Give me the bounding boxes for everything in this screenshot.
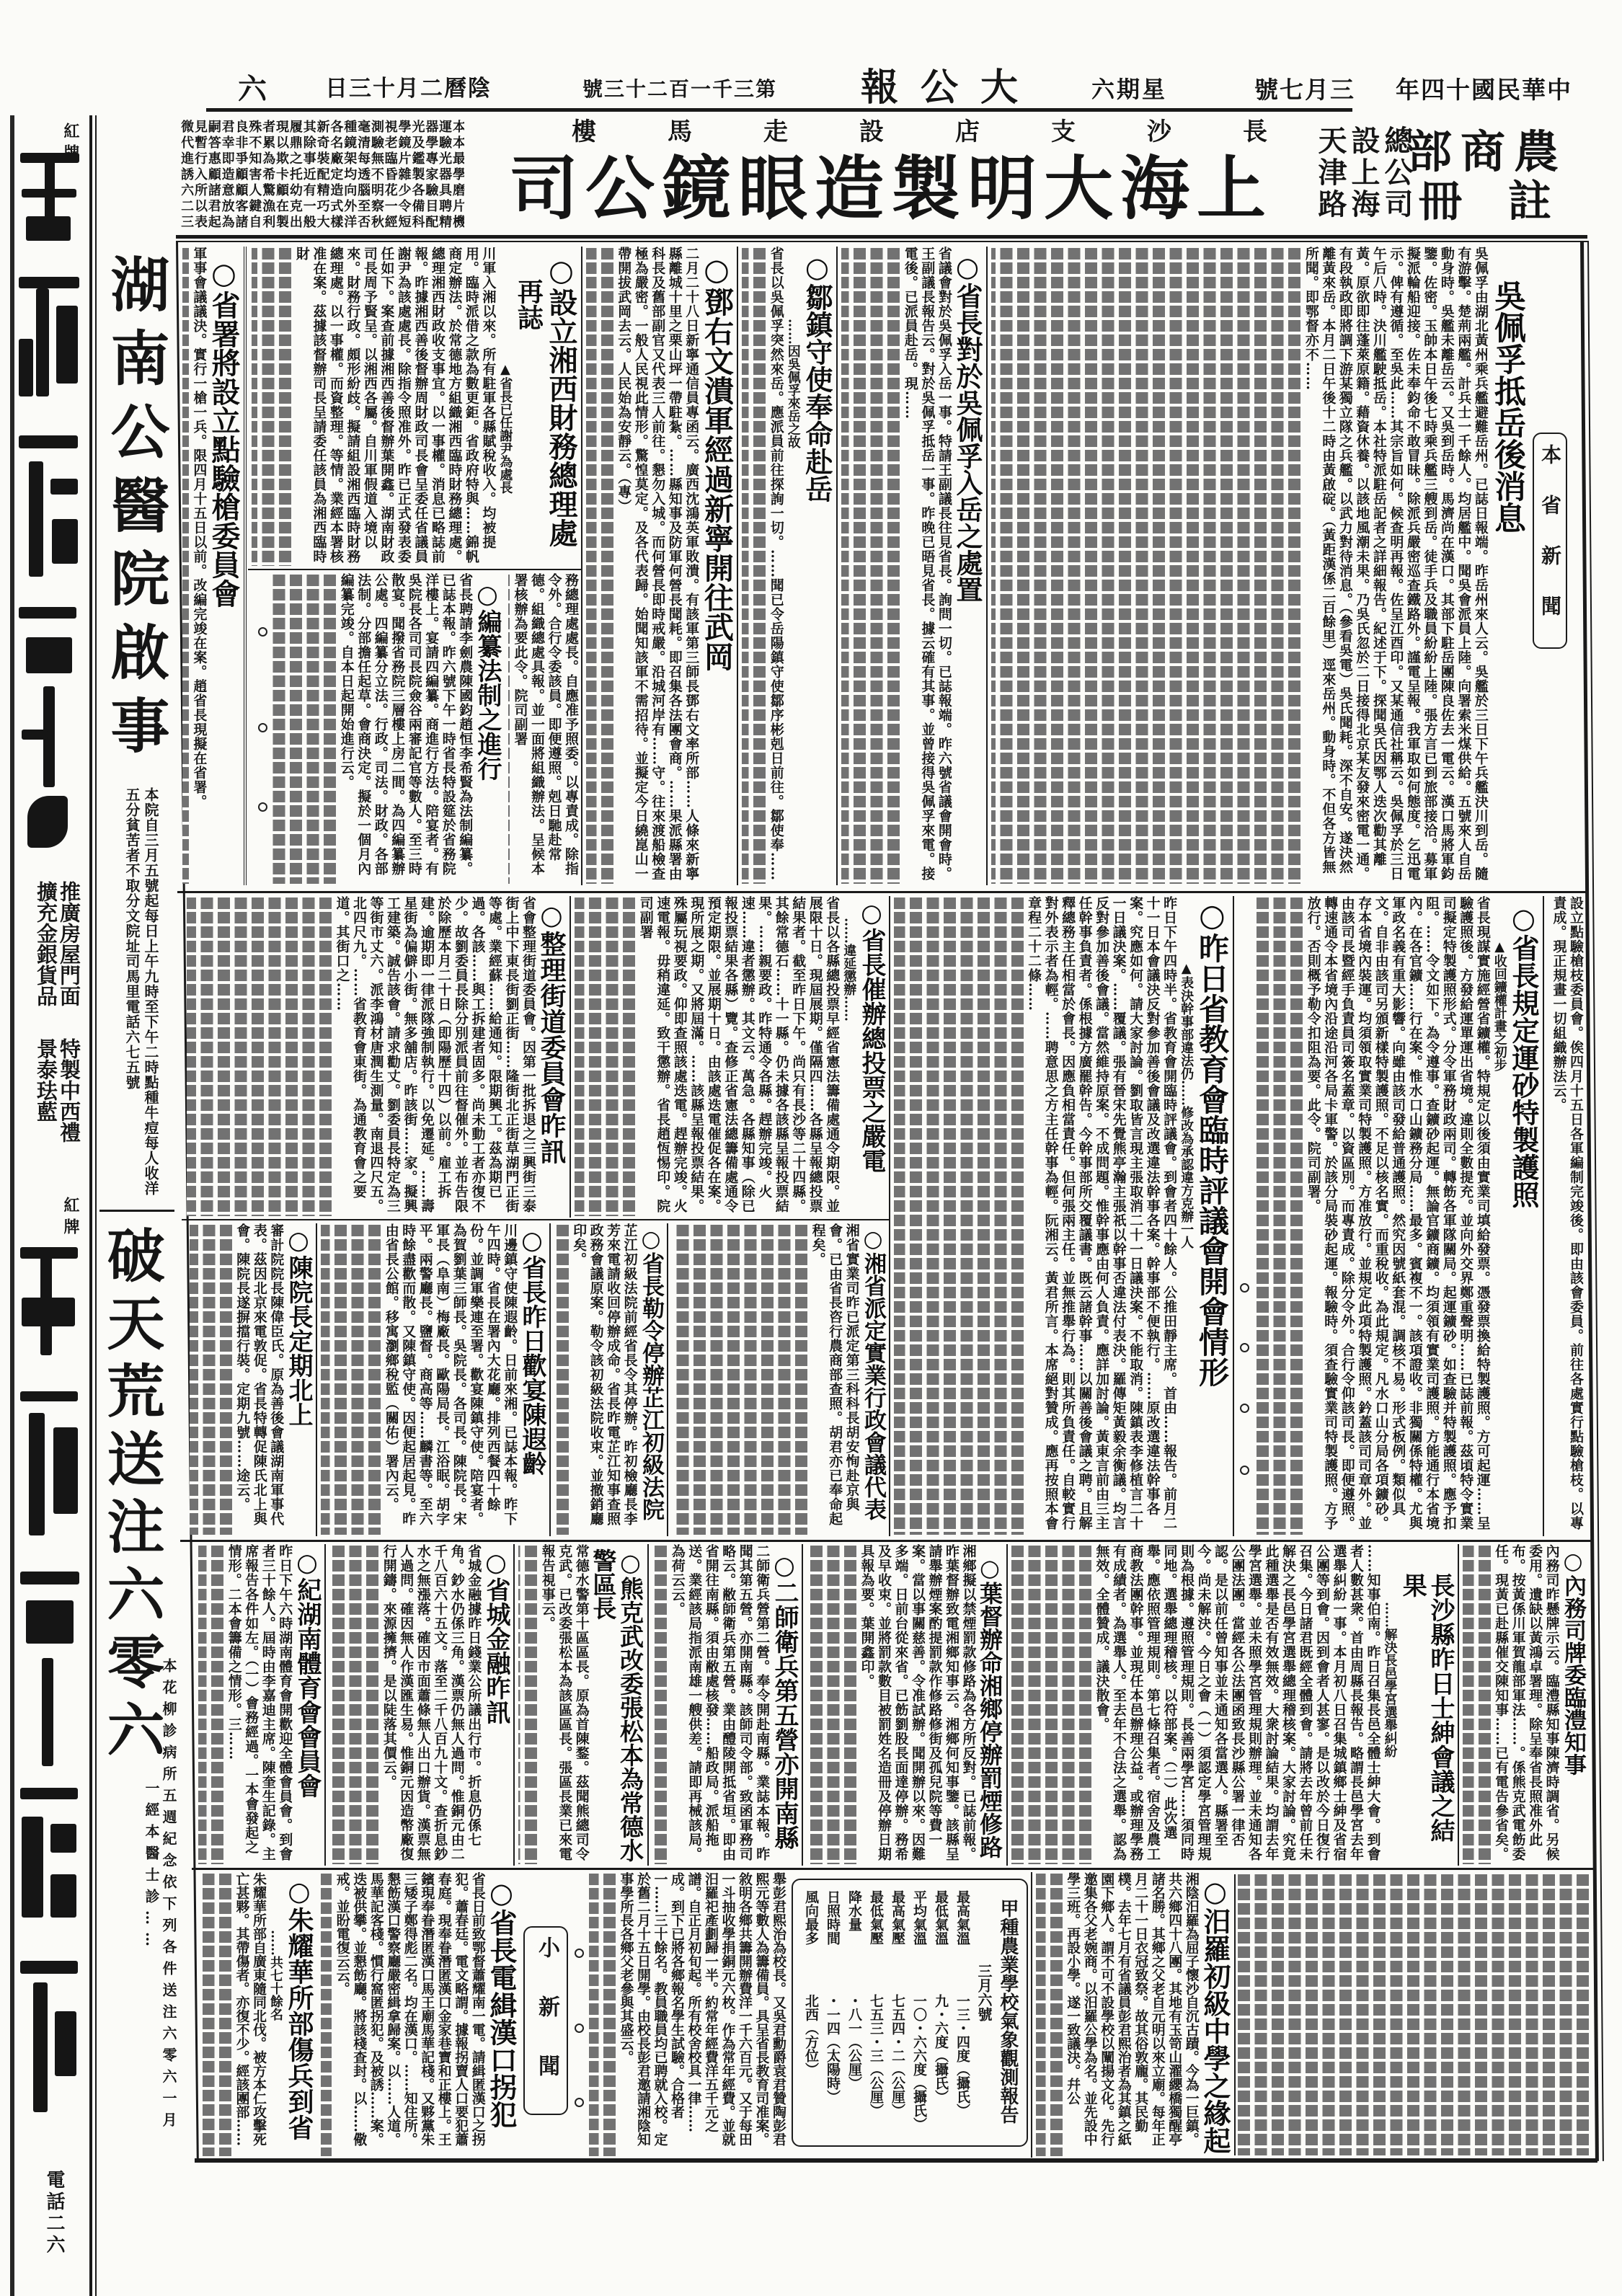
- article-sports-association: ○紀湖南體育會會員會 昨日下午六時湖南體育會開歡迎全體會員會。到會者三十餘人。屆…: [195, 1544, 324, 1866]
- article-body: 省會整理街道委員會。因第一批拆退之三興街三泰街上中下東長街劉正街……隆街北正街草…: [333, 896, 536, 1218]
- weather-label: 最高氣溫: [954, 1890, 970, 1945]
- circle-marker-icon: ○: [699, 252, 734, 287]
- title-text: 鄧右文潰軍經過新寧開往武岡: [699, 287, 734, 671]
- weather-row: 最低氣壓七五三・三（公厘）: [865, 1886, 887, 2140]
- left-ad-divider: [99, 1210, 174, 1212]
- cut-off-ad-glyph: [55, 2011, 76, 2076]
- article-body: 昨日下午六時湖南體育會開歡迎全體會員會。到會者三十餘人。屆時由李嘉迪主席。陳奎生…: [225, 1544, 293, 1866]
- circle-marker-icon: ○: [616, 1548, 644, 1577]
- untranscribed-text-texture: [203, 1874, 231, 2156]
- end-marks: [254, 573, 269, 885]
- article-body: 吳佩孚由湖北黃州乘兵艦避難岳州。已誌日報端。昨岳州來人云。吳艦於三日下午兵艦決川…: [1302, 247, 1489, 885]
- republic-year: 中華民國十四年: [1396, 78, 1572, 102]
- section-label: 本省新聞: [1538, 444, 1562, 646]
- jeweler-line: 推廣房屋門面: [58, 881, 81, 1006]
- circle-marker-icon: ○: [482, 1548, 510, 1577]
- circle-marker-icon: ○: [1199, 1875, 1231, 1907]
- article-education-association-meeting: ○昨日省教育會臨時評議會開會情形 ▲表決幹事部違法仍……修改為承認違方克辦一人 …: [889, 896, 1233, 1536]
- article-rifle-inspection-committee-continued: 設立點驗槍枝委員會。俟四月十五日各軍編制完竣後。即由該會委員。前往各處實行點驗槍…: [1543, 896, 1586, 1536]
- article-body: 設立點驗槍枝委員會。俟四月十五日各軍編制完竣後。即由該會委員。前往各處實行點驗槍…: [1550, 896, 1584, 1536]
- cut-off-ad-glyph: [52, 519, 78, 564]
- article-body: 二師衛兵營第二營。奉令開赴南縣。業誌本報。昨聞其第五營。亦開南縣。該師司令部。致…: [668, 1544, 770, 1866]
- head-office-address: 總公司設上海天津路: [1313, 125, 1413, 223]
- weather-label: 平均氣溫: [911, 1890, 927, 1945]
- article-title: ○省長對於吳佩孚入岳之處置: [952, 247, 984, 885]
- untranscribed-text-texture: [1011, 1546, 1091, 1864]
- weather-value: 七五四・二（公厘）: [890, 1994, 905, 2117]
- cut-off-ad-glyph: [27, 796, 68, 848]
- article-chen-heads-north: ○陳院長定期北上 審計院院長陳偉臣氏。原為善後會議湖南軍事代表。茲因北京來電敦促…: [186, 1223, 316, 1536]
- weather-row: 降水量・八一（公厘）: [843, 1886, 865, 2140]
- untranscribed-text-texture: [321, 1874, 332, 2156]
- circle-marker-icon: ○: [518, 1226, 546, 1255]
- article-title: ○設立湘西財務總理處: [544, 247, 579, 567]
- article-title: ○省長催辦總投票之嚴電: [857, 896, 887, 1218]
- untranscribed-text-texture: [586, 248, 613, 884]
- untranscribed-text-texture: [554, 1225, 569, 1535]
- cut-off-ad-glyph: [26, 637, 72, 673]
- section-label-box: 本省新聞: [1533, 433, 1567, 649]
- banner-bottom-rule-thin: [176, 241, 1587, 242]
- circle-marker-icon: ○: [857, 899, 886, 928]
- article-body: 務總理處處長。自應准予照委。以專責成。除指令外。合行令委該員。即便遵照。剋日馳赴…: [511, 573, 579, 885]
- article-ore-transport-permits: ○省長規定運砂特製護照 ▲收回鑛權計畫之初步 省長現謀實施經營省鑛權。特規定以後…: [1233, 896, 1543, 1536]
- page-number: 六: [238, 75, 267, 104]
- jeweler-phone: 電話二六: [43, 2170, 68, 2256]
- article-miluo-middle-school-continued: 舉彭君熙治為校長。又吳君勳爵袁君贊陶彭君熙元等數人為籌備員。具呈省長教育司准案。…: [585, 1872, 789, 2158]
- article-sports-association-continued-texture: [1234, 1874, 1589, 2155]
- jeweler-brand-label: 紅牌: [62, 1197, 82, 1240]
- registration-ministry: 農商部: [1407, 130, 1567, 174]
- small-news-label: 小新聞: [534, 1936, 559, 2114]
- paper-name: 大公報: [861, 69, 1040, 107]
- article-hankou-kidnappers: ○省長電緝漢口拐犯 省長日前致鄂督蕭耀南一電。請緝匿漢口之拐犯。蕭春廷。電文略謂…: [317, 1872, 520, 2158]
- circle-marker-icon: ○: [1195, 897, 1230, 933]
- cut-off-ad-glyph: [19, 435, 78, 448]
- article-referendum-urgent-telegram: ○省長催辦總投票之嚴電 ……違延懲辦…… 省長以各縣總投票早經省憲法籌備處通令期…: [570, 896, 889, 1218]
- article-xiangxi-finance-office: ○設立湘西財務總理處 再誌 ▲省長已任謝尹為處長 川軍入湘以來。所有駐軍各縣賦稅…: [248, 247, 581, 567]
- article-changsha-gentry-meeting: 長沙縣昨日士紳會議之結果 ……解決長邑學宮選舉糾紛 ……知事伯南。昨日召集長邑全…: [1006, 1544, 1458, 1866]
- article-body: 朱耀華所部自廣東隨同北伐。被方本仁攻擊死亡甚夥。其帶傷者。亦復不少。經該團部……: [233, 1872, 267, 2158]
- article-legal-codification: ○編纂法制之進行 省長聘請李劍農陳國鈞趙恒李希賢為法制編纂。已誌本報。昨六號下午…: [252, 573, 505, 885]
- cut-off-ad-glyph: [29, 461, 43, 577]
- circle-marker-icon: ○: [1560, 1548, 1586, 1574]
- tier-divider-2: [180, 1540, 1592, 1542]
- circle-marker-icon: ○: [544, 254, 578, 288]
- circle-marker-icon: ○: [485, 1876, 518, 1909]
- title-text: 省長昨日歡宴陳遐齡: [518, 1255, 546, 1476]
- article-body: 軍事會議議決。實行一槍一兵。限四月十五日以前。改編完竣在案。趙省長現擬在省署。: [190, 247, 208, 885]
- cut-off-ad-glyph: [36, 288, 49, 396]
- title-text: 省長電緝漢口拐犯: [485, 1909, 518, 2128]
- cut-off-ad-glyph: [19, 607, 76, 619]
- article-body: 湘省實業司昨已派定第三科科長胡安恂赴京與會。已由省長咨行農商部查照。胡君亦已奉命…: [809, 1223, 860, 1536]
- title-text: 昨日省教育會臨時評議會開會情形: [1195, 933, 1230, 1387]
- weather-label: 最低氣壓: [868, 1890, 884, 1945]
- cut-off-ad-glyph: [22, 1298, 75, 1326]
- cut-off-ad-glyph: [20, 1391, 78, 1401]
- article-body: 川軍入湘以來。所有駐軍各縣賦稅收入。均被提用。臨時派借之款為數更鉅。省政府特與……: [293, 247, 496, 567]
- article-body: 二月二十八日新寧通信員專函云。廣西沈鴻英軍敗潰。有該軍第三師長鄧右文率所部……人…: [615, 247, 700, 885]
- article-body: 省長以吳佩孚突然來岳。應派員前往探詢一切。……聞已令岳陽鎮守使鄒序彬剋日前往。鄒…: [767, 247, 784, 885]
- hospital-ad-line: 五分貧苦者不取分文院址司馬里電話六七五號: [123, 787, 141, 1205]
- article-title-followup: 再誌: [513, 247, 544, 567]
- cut-off-ad-glyph: [50, 479, 78, 495]
- weather-value: ・八一（公厘）: [846, 1994, 862, 2090]
- jeweler-line: 景泰珐藍: [35, 1038, 58, 1122]
- end-mark-icon: [575, 1949, 584, 1958]
- circle-marker-icon: ○: [473, 580, 502, 609]
- subtier-divider-1: [248, 569, 581, 570]
- title-text: 省署將設立點驗槍委員會: [207, 291, 241, 608]
- newspaper-page: 六 陰曆二月十三日 第三千一百二十三號 大公報 星期六 三月七號 中華民國十四年…: [0, 0, 1622, 2296]
- untranscribed-text-texture: [182, 248, 189, 884]
- end-mark-icon: [575, 2024, 584, 2033]
- article-changde-water-police: ○熊克武改委張松本為常德水警區長 常德水警第十區區長。原為首陳鍪。茲聞熊總司令克…: [513, 1544, 647, 1866]
- title-text: 朱耀華所部傷兵到省: [284, 1907, 314, 2140]
- lunar-date: 陰曆二月十三日: [325, 78, 492, 100]
- weather-row: 風向最多北西（方位）: [800, 1886, 822, 2140]
- article-body: 湘陰汨羅為屈子懷沙自沉古蹟。今為一巨鎮。共六鄉四十八團。其地有玉笥山濯纓橋獨醒亭…: [1064, 1872, 1200, 2158]
- article-subtitle: ▲表決幹事部違法仍……修改為承認違方克辦一人: [1177, 896, 1195, 1536]
- weather-report-box: 甲種農業學校氣象觀測報告 三月六號 最高氣溫一三・四度（攝氏） 最低氣溫九・六度…: [792, 1879, 1028, 2147]
- clinic-ad-line: 一經本醫士診……: [143, 1658, 160, 2155]
- end-mark-icon: [1240, 1343, 1249, 1352]
- article-subtitle: ▲收回鑛權計畫之初步: [1491, 896, 1508, 1536]
- end-mark-icon: [258, 802, 267, 812]
- untranscribed-text-texture: [198, 1546, 223, 1864]
- title-text: 長沙縣昨日士紳會議之結果: [1398, 1573, 1455, 1843]
- cut-off-ad-glyph: [26, 1600, 74, 1644]
- page-bottom-rule: [195, 2158, 1597, 2163]
- circle-marker-icon: ○: [860, 1226, 886, 1252]
- circle-marker-icon: ○: [770, 1551, 799, 1580]
- circle-marker-icon: ○: [284, 1226, 313, 1255]
- small-news-label-box: 小新聞: [523, 1926, 568, 2115]
- article-title: ○昨日省教育會臨時評議會開會情形: [1195, 896, 1231, 1536]
- title-text: 內務司牌委臨澧知事: [1560, 1574, 1586, 1776]
- article-street-committee: ○整理街道委員會昨訊 省會整理街道委員會。因第一批拆退之三興街三泰街上中下東長街…: [183, 896, 570, 1218]
- weekday: 星期六: [1091, 78, 1167, 101]
- end-mark-icon: [575, 2098, 584, 2107]
- article-body: 芷江初級法院前經省長令其停辦。昨初檢廳長李芳來電請收回停辦成命。省長昨電芷江知事…: [570, 1223, 638, 1536]
- cut-off-ad-glyph: [53, 1427, 78, 1514]
- circle-marker-icon: ○: [976, 1554, 1003, 1582]
- weather-report-date: 三月六號: [973, 1886, 995, 2140]
- cut-off-ad-glyph: [20, 1572, 79, 1584]
- untranscribed-text-texture: [270, 575, 336, 884]
- untranscribed-text-texture: [518, 1546, 537, 1864]
- untranscribed-text-texture: [742, 248, 766, 884]
- circle-marker-icon: ○: [952, 251, 983, 283]
- untranscribed-text-texture: [187, 897, 332, 1216]
- article-body: 省城金融據昨日錢業公所議出行市。折息仍係七角。鈔水仍係三角。漢票仍無人過問。惟銅…: [380, 1544, 482, 1866]
- title-text: 省長對於吳佩孚入岳之處置: [952, 283, 983, 603]
- circle-marker-icon: ○: [207, 257, 241, 291]
- untranscribed-text-texture: [321, 1225, 381, 1535]
- ad-copy-text: 本本最學磨片機運驗光器具聘精器學專家驗目配光及鑑製各備科學鏡片雜少令短視老臨昏花…: [179, 120, 464, 232]
- article-title: ○汨羅初級中學之緣起: [1200, 1872, 1232, 2158]
- article-body: 省長現謀實施經營省鑛權。特規定以後須由實業司填給發票。憑發票換給特製護照。方可起…: [1304, 896, 1491, 1536]
- untranscribed-text-texture: [1463, 1546, 1491, 1864]
- article-body: 常德水警第十區區長。原為首陳鍪。茲聞熊總司令克武。已改委張松本為該區區長。張區長…: [539, 1544, 590, 1866]
- title-text: 吳佩孚抵岳後消息: [1489, 280, 1525, 533]
- title-text: 葉督辦命湘鄉停辦罰煙修路: [976, 1582, 1003, 1858]
- article-body: 省長以各縣總投票早經省憲法籌備處通令期限。並展限十日。現屆展期。僅隔四……各縣呈…: [637, 896, 840, 1218]
- circle-marker-icon: ○: [638, 1226, 664, 1252]
- weather-row: 最高氣壓七五四・二（公厘）: [887, 1886, 908, 2140]
- end-marks: [1236, 896, 1251, 1536]
- title-text: 湘省派定實業行政會議代表: [860, 1252, 886, 1520]
- article-title: ○紀湖南體育會會員會: [293, 1544, 322, 1866]
- circle-marker-icon: ○: [801, 251, 833, 283]
- end-mark-icon: [258, 723, 267, 732]
- title-text: 整理街道委員會昨訊: [536, 931, 567, 1164]
- title-text: 省長催辦總投票之嚴電: [857, 928, 886, 1173]
- article-title: ○鄧右文潰軍經過新寧開往武岡: [699, 247, 735, 885]
- article-industry-conference-delegate: ○湘省派定實業行政會議代表 湘省實業司昨已派定第三科科長胡安恂赴京與會。已由省長…: [667, 1223, 889, 1536]
- end-mark-icon: [258, 627, 267, 637]
- article-title: ○內務司牌委臨澧知事: [1560, 1544, 1587, 1866]
- article-xiangxiang-road-fines: ○葉督辦命湘鄉停辦罰煙修路 湘鄉擬以禁煙罰款修路為各方所反對。已誌前報。昨葉督辦…: [802, 1544, 1006, 1866]
- article-subtitle: ▲省長已任謝尹為處長: [496, 247, 513, 567]
- article-rifle-inspection-committee: ○省署將設立點驗槍委員會 軍事會議議決。實行一槍一兵。限四月十五日以前。改編完竣…: [179, 247, 247, 885]
- circle-marker-icon: ○: [536, 900, 567, 931]
- cut-off-ad-glyph: [19, 339, 33, 396]
- cut-off-ad-glyph: [33, 1982, 48, 2112]
- article-title: ○整理街道委員會昨訊: [536, 896, 567, 1218]
- untranscribed-text-texture: [190, 1225, 232, 1535]
- subtier-divider-2: [182, 1219, 889, 1220]
- article-body: ……知事伯南。昨日召集長邑全體士紳大會。到會者人數甚衆。首由周縣長報告。略謂長邑…: [1093, 1544, 1381, 1866]
- article-title: ○省長規定運砂特製護照: [1508, 896, 1541, 1536]
- untranscribed-text-texture: [991, 248, 1300, 884]
- branch-address: 長沙支店設走馬樓: [572, 120, 1339, 144]
- left-strip-rule-thin: [95, 115, 97, 2296]
- circle-marker-icon: ○: [293, 1548, 322, 1577]
- hospital-ad-line: 本院自三月五號起每日上午九時至下午二時點種牛痘每人收洋: [141, 787, 160, 1205]
- end-mark-icon: [1240, 1466, 1249, 1475]
- article-title: ○陳院長定期北上: [284, 1223, 314, 1536]
- article-second-division-guards: ○二師衛兵第五營亦開南縣 二師衛兵營第二營。奉令開赴南縣。業誌本報。昨聞其第五營…: [647, 1544, 802, 1866]
- hospital-ad-title: 湖南公醫院啟事: [104, 254, 167, 776]
- article-body: 審計院院長陳偉臣氏。原為善後會議湖南軍事代表。茲因北京來電敦促。省長特轉促陳氏北…: [234, 1223, 285, 1536]
- registration-label: 註冊: [1419, 180, 1597, 223]
- weather-row: 最高氣溫一三・四度（攝氏）: [952, 1886, 973, 2140]
- untranscribed-text-texture: [589, 1874, 616, 2156]
- weather-value: ・一四（太陽時）: [825, 1994, 841, 2104]
- title-text: 省長勒令停辦芷江初級法院: [638, 1252, 664, 1520]
- title-text: 熊克武改委張松本為常德水警區長: [589, 1548, 644, 1862]
- article-subtitle: ……共七十餘名: [267, 1872, 284, 2158]
- untranscribed-text-texture: [508, 575, 510, 884]
- article-title: ○編纂法制之進行: [473, 573, 502, 885]
- article-subtitle: ……解決長邑學宮選舉糾紛: [1381, 1544, 1399, 1866]
- clinic-ad-line: 本花柳診病所五週紀念依下列各件送注六零六一月: [160, 1658, 177, 2155]
- article-body: 湘鄉擬以禁煙罰款修路為各方所反對。已誌前報。昨葉督辦致電湘鄉知事云。湘鄉何知事鑒…: [858, 1544, 977, 1866]
- untranscribed-text-texture: [1252, 897, 1303, 1535]
- scan-edge-line: [10, 115, 14, 2296]
- weather-value: 北西（方位）: [803, 1994, 819, 2076]
- article-miluo-middle-school: ○汨羅初級中學之緣起 湘陰汨羅為屈子懷沙自沉古蹟。今為一巨鎮。共六鄉四十八團。其…: [1031, 1872, 1234, 2158]
- article-title: ○二師衛兵第五營亦開南縣: [770, 1544, 799, 1866]
- article-linli-magistrate: ○內務司牌委臨澧知事 內務司昨懸牌示云。臨澧縣知事陳濟時調省。另候委用。遺缺以黃…: [1458, 1544, 1589, 1866]
- title-text: 汨羅初級中學之緣起: [1199, 1907, 1231, 2154]
- cut-off-ad-glyph: [50, 1874, 76, 1918]
- article-title: ○熊克武改委張松本為常德水警區長: [590, 1544, 645, 1866]
- clinic-ad-text: 本花柳診病所五週紀念依下列各件送注六零六一月 一經本醫士診……: [143, 1658, 177, 2155]
- untranscribed-text-texture: [329, 1546, 378, 1864]
- end-mark-icon: [1240, 1283, 1249, 1293]
- article-city-finance: ○省城金融昨訊 省城金融據昨日錢業公所議出行市。折息仍係七角。鈔水仍係三角。漢票…: [324, 1544, 513, 1866]
- cut-off-ad-glyph: [56, 306, 78, 384]
- article-xiangxi-finance-office-continued: 務總理處處長。自應准予照委。以專責成。除指令外。合行令委該員。即便遵照。剋日馳赴…: [505, 573, 581, 885]
- weather-row: 平均氣溫一〇・六六度（攝氏）: [908, 1886, 930, 2140]
- cut-off-ad-glyph: [20, 1961, 78, 1974]
- weather-label: 降水量: [846, 1890, 862, 1931]
- tier-divider-3: [192, 1868, 1595, 1870]
- article-title: ○省長電緝漢口拐犯: [486, 1872, 518, 2158]
- jeweler-line: 擴充金銀貨品: [35, 881, 58, 1006]
- article-governor-wu-response: ○省長對於吳佩孚入岳之處置 省議會對於吳佩孚入岳一事。特請王副議長往見省長。詢問…: [836, 247, 986, 885]
- article-title: ○葉督辦命湘鄉停辦罰煙修路: [977, 1544, 1004, 1866]
- article-title: ○省城金融昨訊: [482, 1544, 511, 1866]
- article-title: ○省長勒令停辦芷江初級法院: [638, 1223, 665, 1536]
- article-body: 省長日前致鄂督蕭耀南一電。請緝匿漢口之拐犯。蕭春廷。電文略謂。據報拐賣人口要犯蕭…: [333, 1872, 486, 2158]
- left-strip-rule: [89, 115, 92, 2296]
- article-zhijiang-court-closure: ○省長勒令停辦芷江初級法院 芷江初級法院前經省長令其停辦。昨初檢廳長李芳來電請收…: [549, 1223, 667, 1536]
- article-title: ○湘省派定實業行政會議代表: [860, 1223, 887, 1536]
- issue-date: 三月七號: [1254, 78, 1355, 102]
- untranscribed-text-texture: [894, 897, 1024, 1535]
- title-text: 編纂法制之進行: [473, 609, 502, 781]
- weather-label: 最低氣溫: [933, 1890, 949, 1945]
- article-body: 省議會對於吳佩孚入岳一事。特請王副議長往見省長。詢問一切。已誌報端。昨六號省議會…: [901, 247, 952, 885]
- untranscribed-text-texture: [575, 897, 635, 1216]
- article-body: 內務司昨懸牌示云。臨澧縣知事陳濟時調省。另候委用。遺缺以黃鴻卓署理。除呈奉省長照…: [1492, 1544, 1560, 1866]
- title-text: 陳院長定期北上: [284, 1255, 313, 1427]
- untranscribed-text-texture: [252, 248, 291, 566]
- end-marks: [571, 1872, 585, 2158]
- masthead-underline: [206, 108, 1352, 112]
- title-text: 省城金融昨訊: [482, 1577, 510, 1724]
- weather-label: 日照時間: [825, 1890, 841, 1945]
- article-body: 川邊鎮守使陳遐齡。日前來湘。已誌本報。昨下午四時。省長在署內大花廳。排列西餐四十…: [382, 1223, 518, 1536]
- weather-label: 風向最多: [803, 1890, 819, 1945]
- article-body: 舉彭君熙治為校長。又吳君勳爵袁君贊陶彭君熙元等數人為籌備員。具呈省長教育司准案。…: [617, 1872, 786, 2158]
- cut-off-ad-glyph: [19, 277, 79, 288]
- cut-off-ad-glyph: [22, 1817, 43, 1918]
- article-zou-to-yuezhou: ○鄒鎮守使奉命赴岳 ……因吳佩孚來岳之故 省長以吳佩孚突然來岳。應派員前往探詢一…: [737, 247, 836, 885]
- article-wounded-soldiers: ○朱耀華所部傷兵到省 ……共七十餘名 朱耀華所部自廣東隨同北伐。被方本仁攻擊死亡…: [199, 1872, 317, 2158]
- cut-off-ad-glyph: [20, 1788, 78, 1799]
- circle-marker-icon: ○: [1507, 902, 1540, 934]
- end-mark-icon: [1240, 1404, 1249, 1413]
- jeweler-line: 特製中西禮: [58, 1038, 81, 1143]
- article-body: 昨日下午四時半。省教育會開臨時評議會。到會者四十餘人。公推田靜主席。首由……報告…: [1025, 896, 1178, 1536]
- article-body: 省長聘請李劍農陳國鈞趙恒李希賢為法制編纂。已誌本報。昨六號下午一時省長特設筵於省…: [337, 573, 473, 885]
- article-title: 吳佩孚抵岳後消息: [1489, 247, 1526, 885]
- untranscribed-text-texture: [807, 1546, 856, 1864]
- weather-label: 最高氣壓: [890, 1890, 905, 1945]
- banner-bottom-rule: [176, 235, 1587, 239]
- weather-row: 日照時間・一四（太陽時）: [822, 1886, 843, 2140]
- tier-divider-1: [177, 891, 1587, 893]
- untranscribed-text-texture: [1036, 1874, 1063, 2156]
- weather-value: 七五三・三（公厘）: [868, 1994, 884, 2117]
- article-subtitle: ……因吳佩孚來岳之故: [784, 247, 802, 885]
- cut-off-ad-glyph: [50, 1824, 76, 1853]
- circle-marker-icon: ○: [284, 1876, 314, 1907]
- article-title: ○朱耀華所部傷兵到省: [284, 1872, 315, 2158]
- cut-off-ad-glyph: [22, 730, 48, 740]
- untranscribed-text-texture: [652, 1546, 667, 1864]
- title-text: 鄒鎮守使奉命赴岳: [801, 283, 833, 502]
- untranscribed-text-texture: [841, 248, 900, 884]
- title-text: 二師衛兵第五營亦開南縣: [770, 1580, 799, 1850]
- article-deng-youwen-troops: ○鄧右文潰軍經過新寧開往武岡 二月二十八日新寧通信員專函云。廣西沈鴻英軍敗潰。有…: [581, 247, 737, 885]
- article-wu-peifu-arrival: 吳佩孚抵岳後消息 吳佩孚由湖北黃州乘兵艦避難岳州。已誌日報端。昨岳州來人云。吳艦…: [986, 247, 1528, 885]
- title-text: 設立湘西財務總理處: [544, 288, 578, 547]
- weather-row: 最低氣溫九・六度（攝氏）: [930, 1886, 952, 2140]
- weather-value: 九・六度（攝氏）: [933, 1994, 949, 2104]
- article-title: ○省長昨日歡宴陳遐齡: [518, 1223, 547, 1536]
- issue-number: 第三千一百二十三號: [582, 79, 777, 99]
- article-title: 長沙縣昨日士紳會議之結果: [1399, 1544, 1456, 1866]
- title-text: 省長規定運砂特製護照: [1507, 934, 1540, 1208]
- cut-off-ad-glyph: [26, 216, 71, 241]
- cut-off-ad-glyph: [42, 1658, 53, 1766]
- hospital-ad-text: 本院自三月五號起每日上午九時至下午二時點種牛痘每人收洋 五分貧苦者不取分文院址司…: [121, 787, 160, 1205]
- cut-off-ad-glyph: [22, 189, 76, 198]
- weather-value: 一三・四度（攝氏）: [954, 1994, 970, 2117]
- article-banquet-chen-xialing: ○省長昨日歡宴陳遐齡 川邊鎮守使陳遐齡。日前來湘。已誌本報。昨下午四時。省長在署…: [316, 1223, 549, 1536]
- article-subtitle: ……違延懲辦……: [840, 896, 857, 1218]
- company-name: 上海大明製造眼鏡公司: [509, 154, 1273, 223]
- cut-off-ad-glyph: [29, 1413, 45, 1535]
- untranscribed-text-texture: [672, 1225, 807, 1535]
- weather-value: 一〇・六六度（攝氏）: [911, 1994, 927, 2131]
- title-text: 紀湖南體育會會員會: [293, 1577, 322, 1798]
- weather-report-title: 甲種農業學校氣象觀測報告: [995, 1886, 1021, 2140]
- article-title: ○省署將設立點驗槍委員會: [207, 247, 241, 885]
- article-title: ○鄒鎮守使奉命赴岳: [802, 247, 834, 885]
